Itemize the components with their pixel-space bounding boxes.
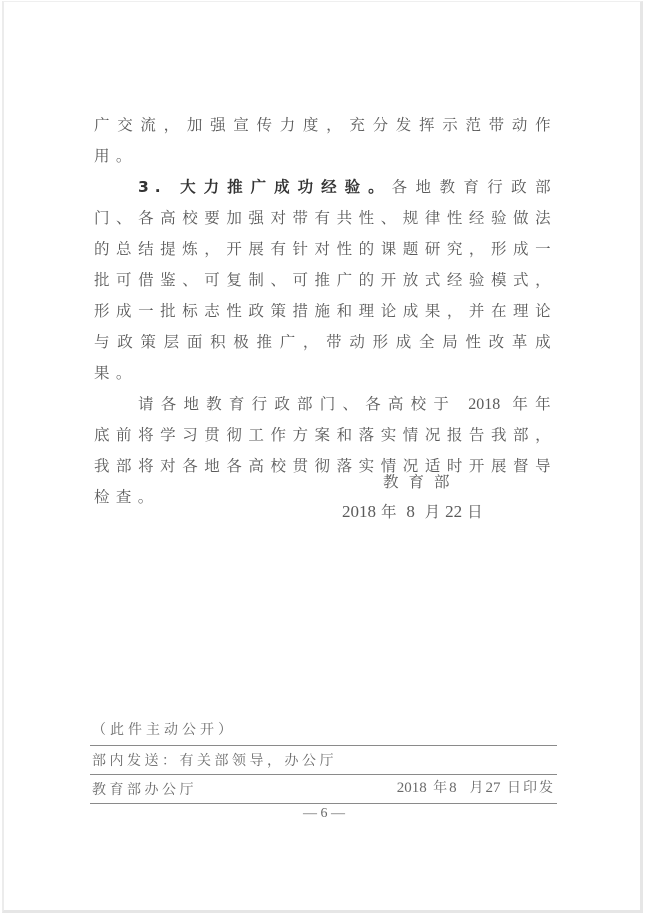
paragraph-item-3: 3. 大力推广成功经验。各地教育行政部门、各高校要加强对带有共性、规律性经验做法… xyxy=(94,172,557,389)
footer-divider-middle xyxy=(90,774,557,775)
issue-date: 2018 年8 月27 日印发 xyxy=(397,777,555,797)
document-body: 广交流，加强宣传力度，充分发挥示范带动作用。 3. 大力推广成功经验。各地教育行… xyxy=(94,110,557,513)
issuing-office: 教育部办公厅 xyxy=(92,779,197,799)
issue-day: 27 xyxy=(486,780,501,796)
signature-day-unit: 日 xyxy=(467,503,483,521)
issue-suffix: 日印发 xyxy=(507,780,555,796)
signature-organization: 教育部 xyxy=(383,470,460,494)
signature-year-unit: 年 xyxy=(381,503,397,521)
signature-month: 8 xyxy=(406,502,415,521)
paragraph-text-before-year: 请各地教育行政部门、各高校于 xyxy=(138,395,456,413)
internal-distribution: 部内发送：有关部领导，办公厅 xyxy=(92,750,337,770)
paragraph-text: 广交流，加强宣传力度，充分发挥示范带动作用。 xyxy=(94,116,557,165)
paragraph-request: 请各地教育行政部门、各高校于 2018 年年底前将学习贯彻工作方案和落实情况报告… xyxy=(94,389,557,513)
paragraph-text: 各地教育行政部门、各高校要加强对带有共性、规律性经验做法的总结提炼，开展有针对性… xyxy=(94,178,557,382)
issue-month: 8 xyxy=(449,780,457,796)
issue-month-unit: 月 xyxy=(470,780,486,796)
signature-month-unit: 月 xyxy=(425,503,441,521)
signature-day: 22 xyxy=(445,502,462,521)
page-number: — 6 — xyxy=(0,806,648,822)
paragraph-year: 2018 xyxy=(468,396,500,413)
footer-divider-bottom xyxy=(90,803,557,804)
signature-year: 2018 xyxy=(342,502,376,521)
signature-date: 2018 年 8 月 22 日 xyxy=(342,500,483,524)
paragraph-continuation: 广交流，加强宣传力度，充分发挥示范带动作用。 xyxy=(94,110,557,172)
issue-year-unit: 年 xyxy=(433,780,449,796)
public-disclosure-note: （此件主动公开） xyxy=(92,719,236,739)
item-heading: 3. 大力推广成功经验。 xyxy=(138,178,392,196)
footer-divider-top xyxy=(90,745,557,746)
issue-year: 2018 xyxy=(397,780,427,796)
